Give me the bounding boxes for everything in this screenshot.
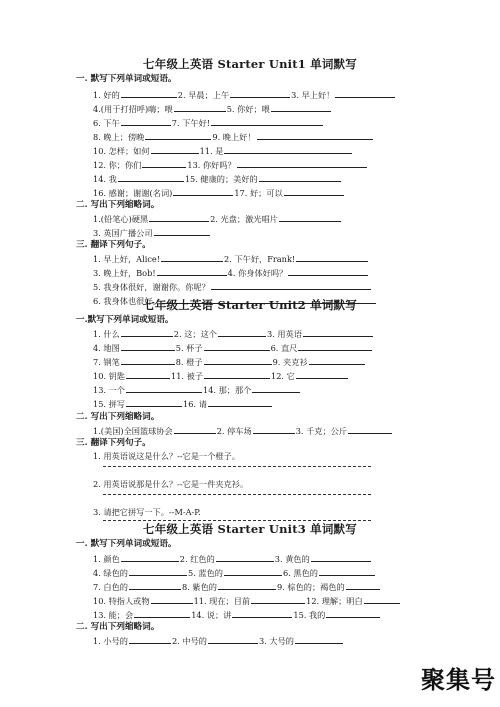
answer-blank[interactable]: [174, 424, 216, 434]
section-heading: 三. 翻译下列句子。: [76, 238, 151, 250]
answer-blank[interactable]: [142, 158, 186, 168]
answer-blank[interactable]: [309, 355, 365, 365]
question-row: 4. 绿色的5. 蓝色的6. 黑色的: [93, 566, 376, 578]
question-row: 3. 英国广播公司: [93, 226, 211, 238]
question-row: 6. 下午7. 下午好!: [93, 116, 324, 128]
answer-blank[interactable]: [129, 580, 181, 590]
answer-blank[interactable]: [230, 88, 290, 98]
answer-blank[interactable]: [284, 186, 344, 196]
answer-blank[interactable]: [218, 327, 266, 337]
question-row: 10. 特指人或物11. 现在；目前12. 理解；明白: [93, 594, 401, 606]
question-label: 7. 钢笔: [93, 356, 120, 368]
question-label: 1.(铅笔心)硬黑: [93, 213, 148, 225]
question-label: 14. 我: [93, 173, 117, 185]
answer-blank[interactable]: [224, 144, 352, 154]
answer-blank[interactable]: [129, 566, 187, 576]
answer-blank[interactable]: [298, 341, 372, 351]
question-label: 13. 一个: [93, 384, 125, 396]
question-label: 1. 颜色: [93, 553, 120, 565]
answer-blank[interactable]: [296, 369, 348, 379]
unit-title: 七年级上英语 Starter Unit1 单词默写: [0, 56, 500, 72]
question-label: 15. 我的: [293, 609, 325, 621]
answer-blank[interactable]: [279, 212, 341, 222]
watermark-logo: 聚集号: [421, 660, 496, 695]
question-label: 5. 你好；喂: [227, 103, 270, 115]
question-label: 10. 特指人或物: [93, 595, 150, 607]
answer-blank[interactable]: [253, 424, 295, 434]
answer-line[interactable]: [103, 466, 371, 467]
question-label: 1. 早上好，Alice!: [93, 253, 160, 265]
question-label: 15. 健康的；美好的: [185, 173, 258, 185]
answer-blank[interactable]: [121, 341, 175, 351]
question-row: 1.(铅笔心)硬黑2. 光盘；激光唱片: [93, 212, 342, 224]
question-label: 11. 现在；目前: [194, 595, 251, 607]
unit-title: 七年级上英语 Starter Unit2 单词默写: [0, 297, 500, 313]
question-label: 9. 晚上好！: [212, 131, 255, 143]
question-row: 3. 晚上好，Bob!4. 你身体好吗？: [93, 266, 369, 278]
question-label: 12. 你；你们: [93, 159, 141, 171]
question-row: 1. 小号的2. 中号的3. 大号的: [93, 634, 344, 646]
question-label: 12. 它: [271, 370, 295, 382]
answer-blank[interactable]: [211, 116, 323, 126]
answer-blank[interactable]: [224, 566, 282, 576]
answer-blank[interactable]: [257, 130, 373, 140]
answer-blank[interactable]: [204, 341, 270, 351]
section-heading: 二. 写出下列缩略词。: [76, 620, 159, 632]
question-row: 1. 什么2. 这；这个3. 用英语: [93, 327, 374, 339]
question-label: 3. 请把它拼写一下。--M-A-P.: [93, 506, 201, 518]
question-label: 10. 怎样；如何: [93, 145, 150, 157]
question-row: 12. 你；你们13. 你好吗？: [93, 158, 368, 170]
question-row: 4. 地图5. 杯子6. 直尺: [93, 341, 373, 353]
answer-blank[interactable]: [295, 634, 343, 644]
question-label: 3. 晚上好，Bob!: [93, 267, 156, 279]
question-row: 13. 能；会14. 说；讲15. 我的: [93, 608, 381, 620]
question-label: 16. 请: [183, 398, 207, 410]
answer-blank[interactable]: [208, 634, 258, 644]
question-row: 3. 请把它拼写一下。--M-A-P.: [93, 506, 201, 518]
question-label: 3. 早上好！: [291, 89, 334, 101]
answer-blank[interactable]: [145, 130, 211, 140]
answer-blank[interactable]: [271, 102, 331, 112]
question-label: 4. 绿色的: [93, 567, 128, 579]
question-label: 4.(用于打招呼)嗨；喂: [93, 103, 173, 115]
question-row: 1. 颜色2. 红色的3. 黄色的: [93, 552, 372, 564]
question-label: 6. 下午: [93, 117, 120, 129]
answer-blank[interactable]: [296, 252, 368, 262]
answer-blank[interactable]: [121, 327, 173, 337]
question-label: 12. 理解；明白: [306, 595, 363, 607]
answer-blank[interactable]: [335, 88, 395, 98]
question-label: 14. 说；讲: [191, 609, 231, 621]
answer-blank[interactable]: [216, 552, 274, 562]
answer-blank[interactable]: [311, 552, 371, 562]
question-row: 4.(用于打招呼)嗨；喂5. 你好；喂: [93, 102, 332, 114]
question-row: 5. 我身体很好，谢谢你。你呢？: [93, 280, 372, 292]
question-label: 15. 拼写: [93, 398, 125, 410]
worksheet-page: 七年级上英语 Starter Unit1 单词默写一. 默写下列单词或短语。1.…: [0, 0, 500, 707]
question-label: 17. 好；可以: [234, 187, 282, 199]
question-label: 1. 小号的: [93, 635, 128, 647]
question-label: 11. 被子: [171, 370, 203, 382]
answer-blank[interactable]: [157, 266, 227, 276]
section-heading: 三. 翻译下列句子。: [76, 436, 151, 448]
question-label: 2. 这；这个: [174, 328, 217, 340]
answer-blank[interactable]: [288, 266, 368, 276]
answer-blank[interactable]: [174, 102, 226, 112]
question-row: 16. 感谢；谢谢(名词)17. 好；可以: [93, 186, 345, 198]
question-label: 1. 用英语说这是什么？--它是一个橙子。: [93, 450, 240, 462]
question-row: 15. 拼写16. 请: [93, 397, 273, 409]
answer-blank[interactable]: [121, 355, 175, 365]
answer-blank[interactable]: [118, 172, 184, 182]
question-label: 2. 下午好，Frank!: [224, 253, 295, 265]
answer-blank[interactable]: [326, 608, 380, 618]
question-label: 9. 夹克衫: [273, 356, 308, 368]
question-label: 9. 棕色的；褐色的: [277, 581, 345, 593]
question-label: 1. 好的: [93, 89, 120, 101]
question-label: 6. 黑色的: [283, 567, 318, 579]
section-heading: 二. 写出下列缩略词。: [76, 198, 159, 210]
question-label: 4. 你身体好吗？: [228, 267, 288, 279]
answer-blank[interactable]: [364, 594, 400, 604]
answer-blank[interactable]: [126, 383, 202, 393]
question-label: 3. 千克；公斤: [296, 425, 347, 437]
question-label: 2. 用英语说那是什么？--它是一件夹克衫。: [93, 478, 248, 490]
answer-blank[interactable]: [151, 144, 199, 154]
question-label: 5. 蓝色的: [188, 567, 223, 579]
question-row: 10. 钥匙11. 被子12. 它: [93, 369, 349, 381]
question-row: 1. 早上好，Alice!2. 下午好，Frank!: [93, 252, 369, 264]
answer-blank[interactable]: [126, 397, 182, 407]
question-row: 8. 晚上；傍晚9. 晚上好！: [93, 130, 374, 142]
answer-blank[interactable]: [237, 158, 367, 168]
question-label: 11. 是: [200, 145, 224, 157]
answer-blank[interactable]: [208, 397, 272, 407]
question-label: 7. 白色的: [93, 581, 128, 593]
question-label: 7. 下午好!: [172, 117, 210, 129]
answer-blank[interactable]: [319, 566, 375, 576]
question-row: 1. 好的2. 早晨；上午3. 早上好！: [93, 88, 396, 100]
question-label: 8. 紫色的: [182, 581, 217, 593]
answer-blank[interactable]: [251, 594, 305, 604]
answer-blank[interactable]: [173, 186, 233, 196]
question-label: 3. 黄色的: [275, 553, 310, 565]
answer-blank[interactable]: [121, 116, 171, 126]
question-label: 8. 晚上；傍晚: [93, 131, 144, 143]
answer-blank[interactable]: [303, 327, 373, 337]
answer-blank[interactable]: [126, 369, 170, 379]
question-label: 8. 橙子: [176, 356, 203, 368]
question-row: 2. 用英语说那是什么？--它是一件夹克衫。: [93, 478, 248, 490]
answer-blank[interactable]: [346, 580, 380, 590]
section-heading: 一. 默写下列单词或短语。: [76, 72, 177, 84]
answer-blank[interactable]: [348, 424, 392, 434]
section-heading: 一. 默写下列单词或短语。: [76, 537, 177, 549]
answer-blank[interactable]: [211, 280, 371, 290]
answer-blank[interactable]: [259, 172, 341, 182]
question-label: 4. 地图: [93, 342, 120, 354]
question-row: 7. 钢笔8. 橙子9. 夹克衫: [93, 355, 366, 367]
question-label: 3. 用英语: [267, 328, 302, 340]
question-label: 2. 中号的: [172, 635, 207, 647]
question-row: 14. 我15. 健康的；美好的: [93, 172, 342, 184]
question-row: 7. 白色的8. 紫色的9. 棕色的；褐色的: [93, 580, 381, 592]
question-label: 2. 红色的: [180, 553, 215, 565]
answer-blank[interactable]: [121, 552, 179, 562]
answer-blank[interactable]: [151, 594, 193, 604]
question-row: 1. 用英语说这是什么？--它是一个橙子。: [93, 450, 240, 462]
question-label: 2. 光盘；激光唱片: [210, 213, 278, 225]
question-label: 6. 直尺: [271, 342, 298, 354]
answer-blank[interactable]: [161, 252, 223, 262]
question-row: 13. 一个14. 那；那个: [93, 383, 301, 395]
answer-blank[interactable]: [218, 580, 276, 590]
answer-blank[interactable]: [121, 88, 177, 98]
section-heading: 二. 写出下列缩略词。: [76, 410, 159, 422]
question-label: 13. 你好吗？: [187, 159, 235, 171]
answer-blank[interactable]: [204, 355, 272, 365]
question-label: 1. 什么: [93, 328, 120, 340]
answer-blank[interactable]: [129, 634, 171, 644]
question-label: 10. 钥匙: [93, 370, 125, 382]
question-label: 5. 杯子: [176, 342, 203, 354]
answer-blank[interactable]: [232, 608, 292, 618]
question-label: 5. 我身体很好，谢谢你。你呢？: [93, 281, 210, 293]
question-label: 14. 那；那个: [203, 384, 251, 396]
question-label: 2. 早晨；上午: [178, 89, 229, 101]
question-row: 1.(美国)全国篮球协会2. 停车场3. 千克；公斤: [93, 424, 393, 436]
question-label: 3. 大号的: [259, 635, 294, 647]
answer-blank[interactable]: [149, 212, 209, 222]
answer-line[interactable]: [103, 494, 371, 495]
question-row: 10. 怎样；如何11. 是: [93, 144, 353, 156]
answer-blank[interactable]: [154, 226, 210, 236]
answer-blank[interactable]: [252, 383, 300, 393]
question-label: 2. 停车场: [217, 425, 252, 437]
answer-blank[interactable]: [134, 608, 190, 618]
unit-title: 七年级上英语 Starter Unit3 单词默写: [0, 521, 500, 537]
section-heading: 一.默写下列单词或短语。: [76, 313, 174, 325]
answer-blank[interactable]: [204, 369, 270, 379]
